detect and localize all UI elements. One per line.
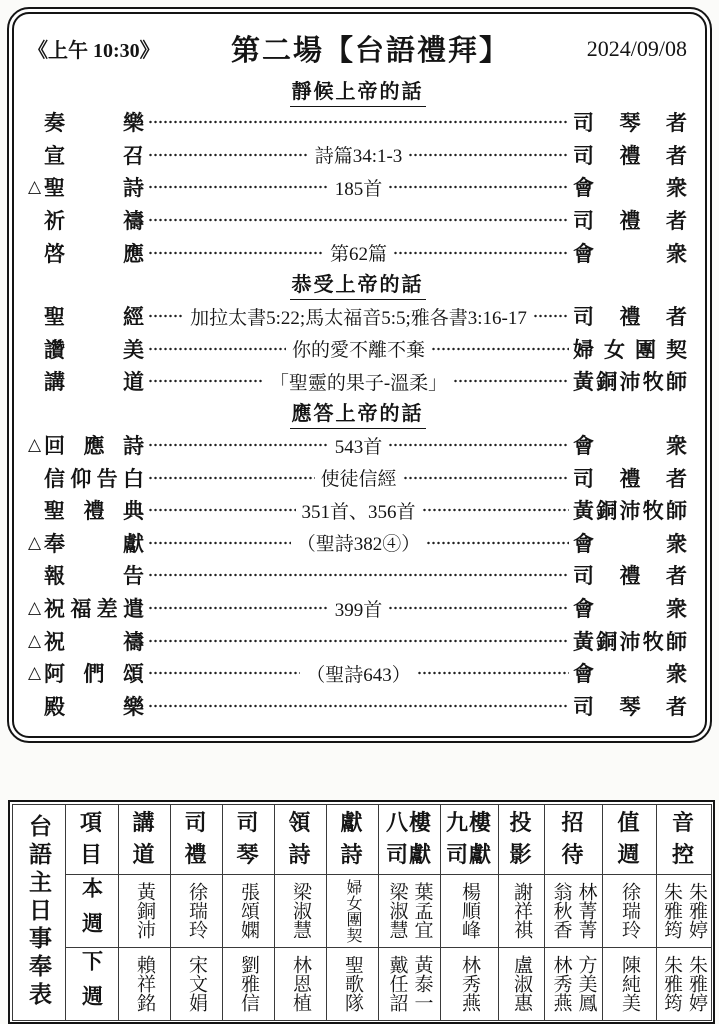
item-name: 阿們頌 (44, 658, 144, 688)
person-name: 朱雅筠 (661, 955, 681, 1012)
dotted-leader (388, 435, 569, 455)
duty-column-header: 司禮 (170, 804, 222, 874)
person-name: 朱雅筠 (661, 882, 681, 939)
duty-column-header-line: 司 (223, 807, 274, 839)
item-performer: 會衆 (573, 593, 687, 623)
stand-marker: △ (28, 598, 44, 618)
order-of-worship-inner-border: 《上午 10:30》 第二場【台語禮拜】 2024/09/08 靜候上帝的話奏樂… (12, 12, 707, 738)
item-performer: 會衆 (573, 172, 687, 202)
item-performer: 黃銅沛牧師 (573, 495, 687, 525)
dotted-leader (148, 210, 569, 230)
duty-cell: 梁淑慧 (274, 874, 326, 947)
order-item: 啓應第62篇會衆 (28, 236, 687, 269)
person-name: 宋文娟 (186, 955, 206, 1012)
duty-cell: 賴祥銘 (118, 947, 170, 1020)
person-name: 陳純美 (619, 955, 639, 1012)
duty-row-label: 本週 (77, 875, 107, 947)
duty-column-header-line: 領 (275, 807, 326, 839)
duty-cell-names: 黃銅沛 (119, 882, 170, 939)
item-performer: 黃銅沛牧師 (573, 626, 687, 656)
order-item: 奏樂司琴者 (28, 106, 687, 139)
order-of-worship-list: 靜候上帝的話奏樂司琴者宣召詩篇34:1-3司禮者△聖詩185首會衆祈禱司禮者啓應… (28, 75, 687, 722)
order-item: 聖禮典351首、356首黃銅沛牧師 (28, 494, 687, 527)
item-name: 奉獻 (44, 528, 144, 558)
duty-column-header: 招待 (544, 804, 602, 874)
item-detail: 399首 (333, 595, 385, 622)
person-name: 林恩植 (290, 955, 310, 1012)
duty-cell: 宋文娟 (170, 947, 222, 1020)
dotted-leader (148, 533, 291, 553)
duty-column-header: 講道 (118, 804, 170, 874)
dotted-leader (148, 243, 324, 263)
dotted-leader (148, 177, 329, 197)
person-name: 盧淑惠 (511, 955, 531, 1012)
dotted-leader (148, 696, 569, 716)
person-name: 賴祥銘 (134, 955, 154, 1012)
order-item: 聖經加拉太書5:22;馬太福音5:5;雅各書3:16-17司禮者 (28, 300, 687, 333)
dotted-leader (417, 663, 569, 683)
order-item: 殿樂司琴者 (28, 690, 687, 723)
duty-column-header: 九樓司獻 (440, 804, 498, 874)
service-date: 2024/09/08 (555, 36, 687, 62)
duty-column-header: 領詩 (274, 804, 326, 874)
duty-cell: 林秀燕 (440, 947, 498, 1020)
duty-cell-names: 聖歌隊 (327, 955, 378, 1012)
duty-roster-table: 台語主日事奉表項目講道司禮司琴領詩獻詩八樓司獻九樓司獻投影招待值週音控本週黃銅沛… (12, 804, 712, 1021)
item-performer: 司琴者 (573, 691, 687, 721)
duty-cell: 黃泰一戴任詔 (378, 947, 440, 1020)
duty-column-header-line: 控 (657, 839, 711, 871)
duty-column-header-line: 司獻 (441, 839, 498, 871)
stand-marker: △ (28, 631, 44, 651)
person-name: 黃泰一 (412, 955, 432, 1012)
item-performer: 司琴者 (573, 107, 687, 137)
page-title: 第二場【台語禮拜】 (186, 28, 555, 69)
duty-column-header-line: 詩 (275, 839, 326, 871)
duty-column-header-line: 項 (66, 807, 118, 839)
dotted-leader (426, 533, 569, 553)
duty-cell-names: 徐瑞玲 (603, 882, 656, 939)
duty-cell-names: 林秀燕 (441, 955, 498, 1012)
item-performer: 黃銅沛牧師 (573, 366, 687, 396)
item-name: 奏樂 (44, 107, 144, 137)
dotted-leader (148, 306, 184, 326)
person-name: 張頌嫻 (238, 882, 258, 939)
item-detail: 詩篇34:1-3 (313, 141, 405, 168)
item-name: 報告 (44, 560, 144, 590)
duty-cell: 謝祥祺 (498, 874, 544, 947)
duty-cell-names: 林恩植 (275, 955, 326, 1012)
duty-column-header-line: 司獻 (379, 839, 440, 871)
duty-cell: 婦女團契 (326, 874, 378, 947)
duty-row-label-cell: 本週 (65, 874, 118, 947)
duty-cell-names: 黃泰一戴任詔 (379, 955, 440, 1012)
dotted-leader (388, 177, 569, 197)
duty-column-header-line: 禮 (171, 839, 222, 871)
order-item: 講道「聖靈的果子-溫柔」黃銅沛牧師 (28, 365, 687, 398)
dotted-leader (148, 145, 309, 165)
person-name: 林秀燕 (551, 955, 571, 1012)
dotted-leader (422, 500, 570, 520)
dotted-leader (148, 112, 569, 132)
item-performer: 會衆 (573, 658, 687, 688)
item-performer: 司禮者 (573, 205, 687, 235)
item-performer: 會衆 (573, 528, 687, 558)
item-name: 回應詩 (44, 430, 144, 460)
duty-cell-names: 賴祥銘 (119, 955, 170, 1012)
dotted-leader (148, 631, 569, 651)
item-performer: 司禮者 (573, 463, 687, 493)
person-name: 林菁菁 (576, 882, 596, 939)
duty-cell-names: 謝祥祺 (499, 882, 544, 939)
duty-column-header: 獻詩 (326, 804, 378, 874)
duty-roster-box: 台語主日事奉表項目講道司禮司琴領詩獻詩八樓司獻九樓司獻投影招待值週音控本週黃銅沛… (8, 800, 715, 1024)
item-name: 聖詩 (44, 172, 144, 202)
dotted-leader (388, 598, 569, 618)
person-name: 聖歌隊 (342, 955, 362, 1012)
duty-cell: 林恩植 (274, 947, 326, 1020)
duty-cell: 楊順峰 (440, 874, 498, 947)
item-name: 講道 (44, 366, 144, 396)
stand-marker: △ (28, 663, 44, 683)
item-name: 祝福差遣 (44, 593, 144, 623)
person-name: 楊順峰 (459, 882, 479, 939)
dotted-leader (533, 306, 569, 326)
item-performer: 會衆 (573, 430, 687, 460)
duty-column-header-line: 影 (499, 839, 544, 871)
duty-cell: 林菁菁翁秋香 (544, 874, 602, 947)
stand-marker: △ (28, 533, 44, 553)
item-name: 祈禱 (44, 205, 144, 235)
duty-column-header-line: 獻 (327, 807, 378, 839)
duty-cell-names: 徐瑞玲 (171, 882, 222, 939)
item-name: 聖經 (44, 301, 144, 331)
person-name: 婦女團契 (344, 879, 360, 943)
dotted-leader (148, 565, 569, 585)
person-name: 劉雅信 (238, 955, 258, 1012)
duty-column-header-line: 八樓 (379, 807, 440, 839)
duty-column-header: 投影 (498, 804, 544, 874)
item-performer: 司禮者 (573, 560, 687, 590)
duty-cell: 葉孟宜梁淑慧 (378, 874, 440, 947)
dotted-leader (148, 435, 329, 455)
duty-cell-names: 林菁菁翁秋香 (545, 882, 602, 939)
duty-column-header-line: 講 (119, 807, 170, 839)
duty-cell: 朱雅婷朱雅筠 (656, 874, 711, 947)
duty-cell-names: 劉雅信 (223, 955, 274, 1012)
duty-cell-names: 盧淑惠 (499, 955, 544, 1012)
person-name: 徐瑞玲 (186, 882, 206, 939)
duty-cell: 聖歌隊 (326, 947, 378, 1020)
duty-column-header: 項目 (65, 804, 118, 874)
item-detail: 第62篇 (328, 239, 389, 266)
duty-side-title-cell: 台語主日事奉表 (12, 804, 65, 1020)
duty-cell-names: 楊順峰 (441, 882, 498, 939)
order-item: △回應詩543首會衆 (28, 429, 687, 462)
item-detail: 使徒信經 (319, 464, 399, 491)
duty-cell: 徐瑞玲 (170, 874, 222, 947)
person-name: 葉孟宜 (412, 882, 432, 939)
item-name: 啓應 (44, 238, 144, 268)
duty-cell-names: 張頌嫻 (223, 882, 274, 939)
person-name: 翁秋香 (551, 882, 571, 939)
section-heading-text: 應答上帝的話 (290, 397, 426, 429)
person-name: 徐瑞玲 (619, 882, 639, 939)
duty-cell: 張頌嫻 (222, 874, 274, 947)
section-heading: 應答上帝的話 (28, 398, 687, 429)
duty-column-header: 八樓司獻 (378, 804, 440, 874)
duty-column-header-line: 週 (603, 839, 656, 871)
item-name: 信仰告白 (44, 463, 144, 493)
item-detail: （聖詩643） (304, 660, 413, 687)
section-heading-text: 恭受上帝的話 (290, 268, 426, 300)
duty-cell-names: 方美鳳林秀燕 (545, 955, 602, 1012)
duty-column-header-line: 投 (499, 807, 544, 839)
duty-column-header-line: 目 (66, 839, 118, 871)
duty-column-header-line: 招 (545, 807, 602, 839)
dotted-leader (408, 145, 569, 165)
order-item: 報告司禮者 (28, 559, 687, 592)
person-name: 朱雅婷 (686, 955, 706, 1012)
item-name: 祝禱 (44, 626, 144, 656)
order-item: 讚美你的愛不離不棄婦女團契 (28, 333, 687, 366)
item-performer: 司禮者 (573, 301, 687, 331)
dotted-leader (148, 598, 329, 618)
duty-cell: 盧淑惠 (498, 947, 544, 1020)
item-name: 宣召 (44, 140, 144, 170)
person-name: 戴任詔 (387, 955, 407, 1012)
duty-row: 下週賴祥銘宋文娟劉雅信林恩植聖歌隊黃泰一戴任詔林秀燕盧淑惠方美鳳林秀燕陳純美朱雅… (12, 947, 711, 1020)
dotted-leader (453, 371, 569, 391)
service-time: 《上午 10:30》 (28, 34, 186, 63)
duty-column-header-line: 待 (545, 839, 602, 871)
dotted-leader (393, 243, 569, 263)
order-item: 信仰告白使徒信經司禮者 (28, 461, 687, 494)
duty-column-header-line: 音 (657, 807, 711, 839)
person-name: 朱雅婷 (686, 882, 706, 939)
person-name: 謝祥祺 (511, 882, 531, 939)
duty-column-header: 司琴 (222, 804, 274, 874)
dotted-leader (403, 468, 570, 488)
order-item: △阿們頌（聖詩643）會衆 (28, 657, 687, 690)
item-detail: 543首 (333, 432, 385, 459)
dotted-leader (148, 663, 300, 683)
duty-cell-names: 梁淑慧 (275, 882, 326, 939)
section-heading: 靜候上帝的話 (28, 75, 687, 106)
item-name: 聖禮典 (44, 495, 144, 525)
duty-cell: 黃銅沛 (118, 874, 170, 947)
person-name: 方美鳳 (576, 955, 596, 1012)
dotted-leader (148, 371, 264, 391)
duty-table-title: 台語主日事奉表 (22, 814, 55, 1010)
duty-column-header-line: 司 (171, 807, 222, 839)
person-name: 梁淑慧 (290, 882, 310, 939)
order-of-worship-box: 《上午 10:30》 第二場【台語禮拜】 2024/09/08 靜候上帝的話奏樂… (7, 7, 712, 743)
duty-column-header-line: 值 (603, 807, 656, 839)
item-performer: 會衆 (573, 238, 687, 268)
duty-row-label: 下週 (77, 948, 107, 1020)
person-name: 黃銅沛 (134, 882, 154, 939)
item-detail: 你的愛不離不棄 (290, 335, 427, 362)
dotted-leader (148, 500, 296, 520)
bulletin-header: 《上午 10:30》 第二場【台語禮拜】 2024/09/08 (28, 28, 687, 69)
item-detail: 「聖靈的果子-溫柔」 (268, 368, 449, 395)
section-heading-text: 靜候上帝的話 (290, 75, 426, 107)
dotted-leader (431, 339, 569, 359)
duty-cell-names: 婦女團契 (327, 879, 378, 943)
duty-cell: 陳純美 (602, 947, 656, 1020)
item-detail: 加拉太書5:22;馬太福音5:5;雅各書3:16-17 (188, 303, 529, 330)
item-detail: 185首 (333, 174, 385, 201)
duty-column-header-line: 詩 (327, 839, 378, 871)
item-performer: 司禮者 (573, 140, 687, 170)
order-item: △祝禱黃銅沛牧師 (28, 624, 687, 657)
item-performer: 婦女團契 (573, 334, 687, 364)
stand-marker: △ (28, 435, 44, 455)
stand-marker: △ (28, 177, 44, 197)
duty-cell: 朱雅婷朱雅筠 (656, 947, 711, 1020)
section-heading: 恭受上帝的話 (28, 269, 687, 300)
duty-cell: 徐瑞玲 (602, 874, 656, 947)
duty-cell-names: 陳純美 (603, 955, 656, 1012)
duty-row: 本週黃銅沛徐瑞玲張頌嫻梁淑慧婦女團契葉孟宜梁淑慧楊順峰謝祥祺林菁菁翁秋香徐瑞玲朱… (12, 874, 711, 947)
duty-row-label-cell: 下週 (65, 947, 118, 1020)
duty-cell-names: 朱雅婷朱雅筠 (657, 955, 711, 1012)
order-item: 宣召詩篇34:1-3司禮者 (28, 139, 687, 172)
duty-column-header-line: 道 (119, 839, 170, 871)
item-detail: 351首、356首 (300, 497, 418, 524)
duty-header-row: 台語主日事奉表項目講道司禮司琴領詩獻詩八樓司獻九樓司獻投影招待值週音控 (12, 804, 711, 874)
dotted-leader (148, 339, 286, 359)
person-name: 林秀燕 (459, 955, 479, 1012)
duty-column-header: 音控 (656, 804, 711, 874)
duty-column-header: 值週 (602, 804, 656, 874)
order-item: △祝福差遣399首會衆 (28, 592, 687, 625)
order-item: △聖詩185首會衆 (28, 171, 687, 204)
duty-cell-names: 葉孟宜梁淑慧 (379, 882, 440, 939)
item-name: 殿樂 (44, 691, 144, 721)
duty-cell-names: 朱雅婷朱雅筠 (657, 882, 711, 939)
order-item: 祈禱司禮者 (28, 204, 687, 237)
duty-cell: 劉雅信 (222, 947, 274, 1020)
person-name: 梁淑慧 (387, 882, 407, 939)
item-detail: （聖詩382④） (295, 529, 423, 556)
duty-column-header-line: 琴 (223, 839, 274, 871)
duty-cell: 方美鳳林秀燕 (544, 947, 602, 1020)
order-item: △奉獻（聖詩382④）會衆 (28, 527, 687, 560)
duty-column-header-line: 九樓 (441, 807, 498, 839)
duty-cell-names: 宋文娟 (171, 955, 222, 1012)
dotted-leader (148, 468, 315, 488)
item-name: 讚美 (44, 334, 144, 364)
